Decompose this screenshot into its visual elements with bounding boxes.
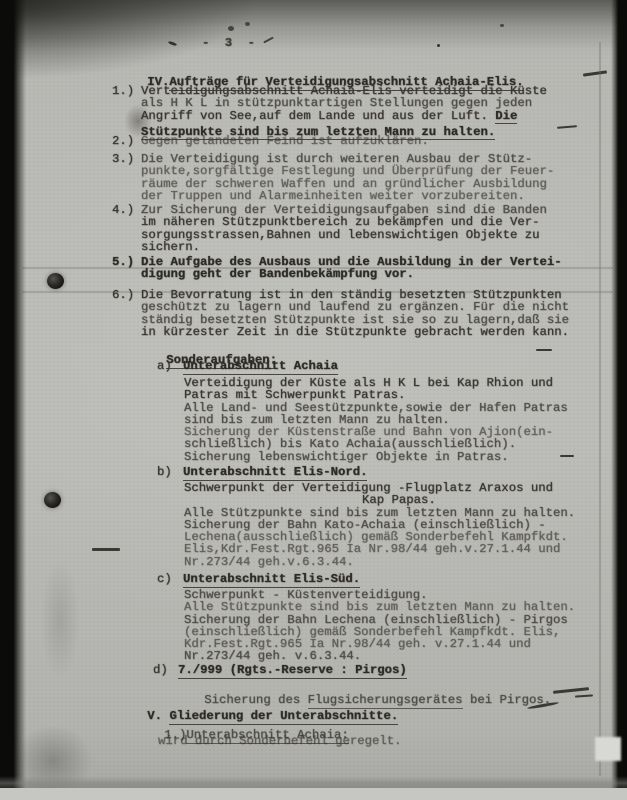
subsection-label: d) (153, 664, 168, 676)
order-item-1: 1.) Verteidigungsabschnitt Achaia-Elis v… (112, 85, 547, 140)
text-line: Angriff von See,auf dem Lande und aus de… (141, 110, 547, 122)
subsection-c-heading: c) Unterabschnitt Elis-Süd. (157, 573, 360, 585)
text-line: geschützt zu lagern und laufend zu ergän… (141, 301, 569, 313)
scanner-background-strip (0, 788, 627, 800)
punch-hole-bottom (44, 492, 61, 508)
order-item-5: 5.) Die Aufgabe des Ausbaus und die Ausb… (112, 256, 562, 281)
text-line: schließlich) bis Kato Achaia(ausschließl… (184, 438, 568, 450)
order-item-6: 6.) Die Bevorratung ist in den ständig b… (112, 289, 569, 338)
paper-bottom-edge (0, 776, 627, 788)
section-v-item-text: wird durch Sonderbefehl geregelt. (158, 735, 402, 747)
paper-notch (595, 737, 621, 761)
subsection-title: Unterabschnitt Achaia (183, 359, 338, 375)
text-line: Sicherung lebenswichtiger Objekte in Pat… (184, 451, 568, 463)
item-number: 1.) (112, 85, 134, 97)
text-line: in kürzester Zeit in die Stützpunkte geb… (141, 326, 569, 338)
item-number: 3.) (112, 153, 134, 165)
text-line: Alle Stützpunkte sind bis zum letzten Ma… (184, 601, 575, 613)
margin-dash-mark (536, 349, 552, 351)
text-line: punkte,sorgfältige Festlegung und Überpr… (141, 165, 554, 177)
item-number: 5.) (112, 256, 134, 268)
subsection-title: Unterabschnitt Elis-Süd. (183, 572, 360, 588)
order-item-4: 4.) Zur Sicherung der Verteidigungsaufga… (112, 204, 547, 253)
scan-edge-left (0, 0, 26, 800)
subsection-a-heading: a) Unterabschnitt Achaia (157, 360, 338, 372)
punch-hole-top (47, 273, 64, 289)
fold-line (599, 42, 601, 776)
document-text-layer: - 3 - IV.Aufträge für Verteidigungsabsch… (0, 0, 627, 800)
underlined-segment: Die (495, 109, 517, 125)
margin-dash-mark (560, 455, 574, 457)
text-line: Kap Papas. (362, 494, 575, 506)
order-item-2: 2.) Gegen gelandeten Feind ist aufzuklär… (112, 135, 429, 147)
scan-edge-right (611, 0, 627, 800)
scan-corner-shadow (0, 0, 260, 80)
subsection-a-body: Verteidigung der Küste als H K L bei Kap… (184, 377, 568, 463)
subsection-title: Unterabschnitt Elis-Nord. (183, 465, 367, 481)
text-line: sorgungsstrassen,Bahnen und lebenswichti… (141, 229, 547, 241)
text-line: ständig besetzten Stützpunkte ist sie so… (141, 314, 569, 326)
text-line: als H K L in stützpunktartigen Stellunge… (141, 97, 547, 109)
subsection-c-body: Schwerpunkt - Küstenverteidigung. Alle S… (184, 589, 575, 663)
text-line: Nr.273/44 geh. v.6.3.44. (184, 650, 575, 662)
subsection-d-heading: d) 7./999 (Rgts.-Reserve : Pirgos) (153, 664, 407, 676)
item-number: 6.) (112, 289, 134, 301)
subsection-label: c) (157, 573, 172, 585)
text-line: Elis,Kdr.Fest.Rgt.965 Ia Nr.98/44 geh.v.… (184, 543, 575, 555)
subsection-label: b) (157, 466, 172, 478)
text-line: Patras mit Schwerpunkt Patras. (184, 389, 568, 401)
margin-dash-mark (92, 548, 120, 551)
text-line: Gegen gelandeten Feind ist aufzuklären. (141, 135, 429, 147)
item-number: 4.) (112, 204, 134, 216)
subsection-b-heading: b) Unterabschnitt Elis-Nord. (157, 466, 367, 478)
text-segment: Angriff von See,auf dem Lande und aus de… (141, 109, 495, 123)
item-number: 2.) (112, 135, 134, 147)
scanned-document-page: - 3 - IV.Aufträge für Verteidigungsabsch… (0, 0, 627, 800)
text-line: der Truppen und Alarmeinheiten weiter vo… (141, 190, 554, 202)
subsection-label: a) (157, 360, 172, 372)
text-line: sichern. (141, 241, 547, 253)
text-line: Nr.273/44 geh.v.6.3.44. (184, 556, 575, 568)
text-line: im näheren Stützpunktbereich zu bekämpfe… (141, 216, 547, 228)
text-line: digung geht der Bandenbekämpfung vor. (141, 268, 562, 280)
subsection-b-body: Schwerpunkt der Verteidigung -Flugplatz … (184, 482, 575, 568)
order-item-3: 3.) Die Verteidigung ist durch weiteren … (112, 153, 554, 202)
subsection-title: 7./999 (Rgts.-Reserve : Pirgos) (178, 663, 407, 679)
text-line: Zur Sicherung der Verteidigungsaufgaben … (141, 204, 547, 216)
